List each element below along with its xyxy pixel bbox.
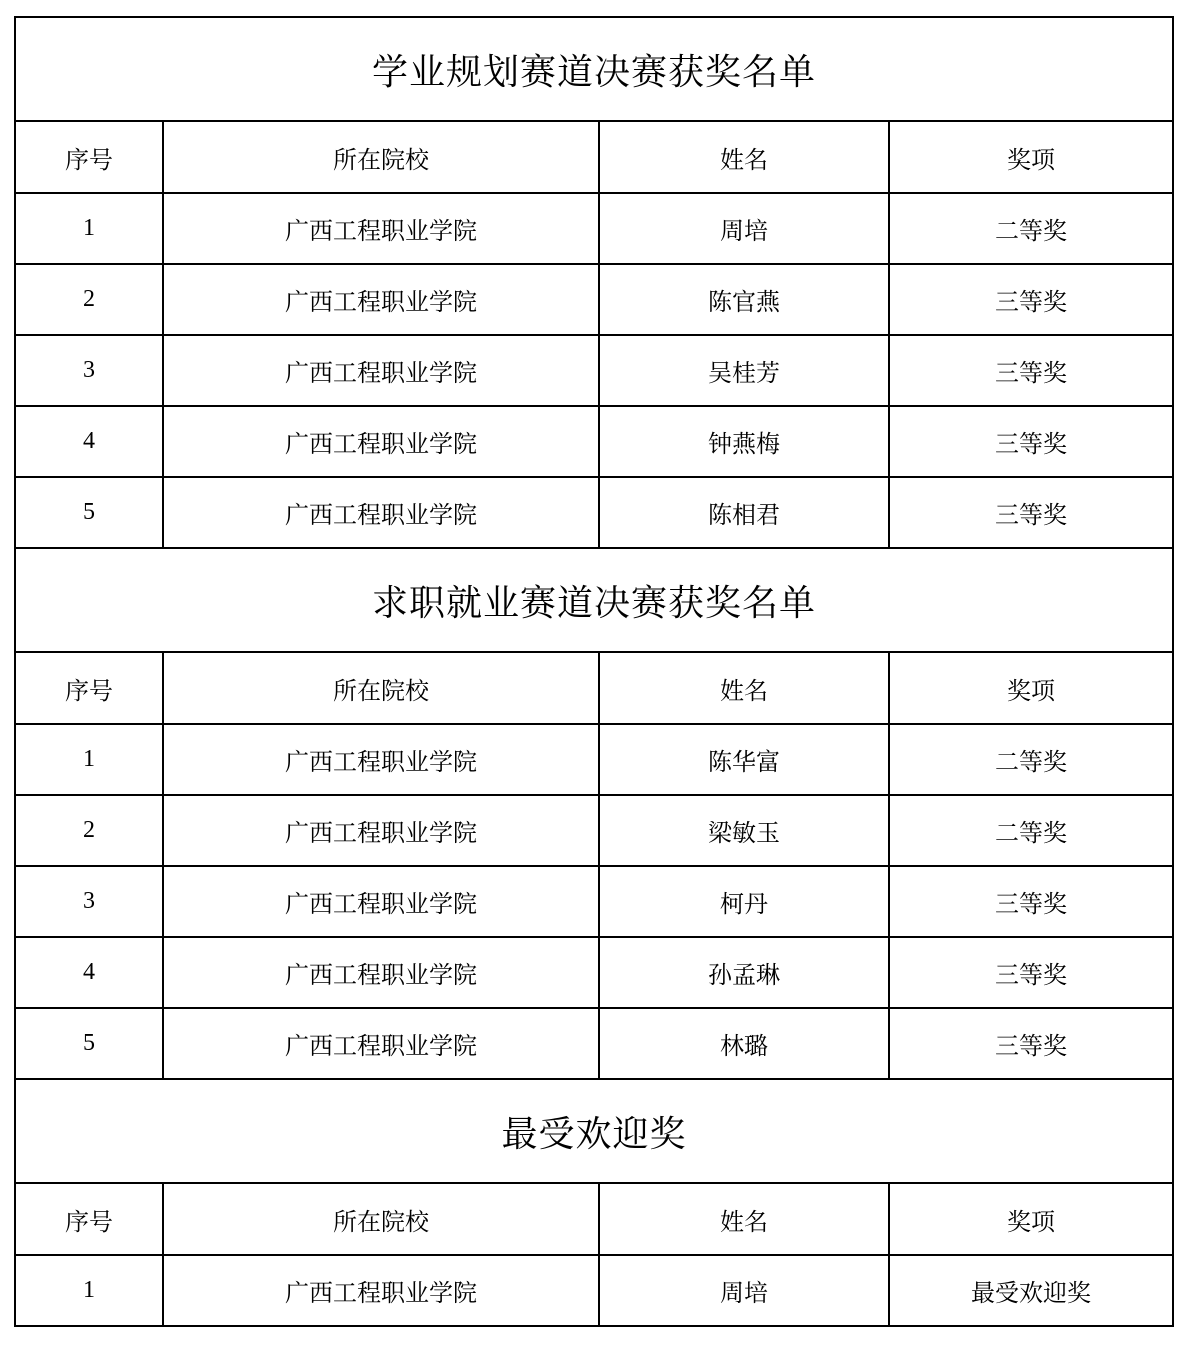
cell-school: 广西工程职业学院 — [163, 1008, 599, 1079]
table-row: 1 广西工程职业学院 周培 最受欢迎奖 — [15, 1255, 1173, 1326]
table-row: 2 广西工程职业学院 梁敏玉 二等奖 — [15, 795, 1173, 866]
table-row: 3 广西工程职业学院 柯丹 三等奖 — [15, 866, 1173, 937]
cell-name: 林璐 — [599, 1008, 889, 1079]
col-header-no: 序号 — [15, 121, 163, 193]
cell-name: 陈相君 — [599, 477, 889, 548]
cell-award: 二等奖 — [889, 193, 1173, 264]
table-row: 5 广西工程职业学院 林璐 三等奖 — [15, 1008, 1173, 1079]
section-3-title-row: 最受欢迎奖 — [15, 1079, 1173, 1183]
cell-no: 1 — [15, 724, 163, 795]
cell-award: 三等奖 — [889, 406, 1173, 477]
table-row: 4 广西工程职业学院 钟燕梅 三等奖 — [15, 406, 1173, 477]
cell-name: 陈华富 — [599, 724, 889, 795]
section-2-header-row: 序号 所在院校 姓名 奖项 — [15, 652, 1173, 724]
cell-school: 广西工程职业学院 — [163, 1255, 599, 1326]
col-header-school: 所在院校 — [163, 121, 599, 193]
cell-name: 柯丹 — [599, 866, 889, 937]
section-title: 学业规划赛道决赛获奖名单 — [15, 17, 1173, 121]
cell-no: 2 — [15, 264, 163, 335]
cell-award: 三等奖 — [889, 335, 1173, 406]
section-title: 求职就业赛道决赛获奖名单 — [15, 548, 1173, 652]
section-3-header-row: 序号 所在院校 姓名 奖项 — [15, 1183, 1173, 1255]
cell-school: 广西工程职业学院 — [163, 193, 599, 264]
col-header-school: 所在院校 — [163, 652, 599, 724]
col-header-no: 序号 — [15, 652, 163, 724]
table-row: 1 广西工程职业学院 陈华富 二等奖 — [15, 724, 1173, 795]
cell-no: 3 — [15, 866, 163, 937]
cell-name: 钟燕梅 — [599, 406, 889, 477]
cell-school: 广西工程职业学院 — [163, 866, 599, 937]
cell-name: 周培 — [599, 193, 889, 264]
section-2-title-row: 求职就业赛道决赛获奖名单 — [15, 548, 1173, 652]
cell-no: 3 — [15, 335, 163, 406]
col-header-name: 姓名 — [599, 121, 889, 193]
cell-no: 5 — [15, 1008, 163, 1079]
cell-name: 梁敏玉 — [599, 795, 889, 866]
col-header-no: 序号 — [15, 1183, 163, 1255]
cell-award: 二等奖 — [889, 795, 1173, 866]
cell-school: 广西工程职业学院 — [163, 724, 599, 795]
cell-school: 广西工程职业学院 — [163, 264, 599, 335]
cell-no: 1 — [15, 193, 163, 264]
cell-name: 吴桂芳 — [599, 335, 889, 406]
cell-school: 广西工程职业学院 — [163, 406, 599, 477]
section-1-header-row: 序号 所在院校 姓名 奖项 — [15, 121, 1173, 193]
cell-no: 1 — [15, 1255, 163, 1326]
cell-name: 孙孟琳 — [599, 937, 889, 1008]
col-header-award: 奖项 — [889, 652, 1173, 724]
cell-no: 5 — [15, 477, 163, 548]
cell-award: 三等奖 — [889, 866, 1173, 937]
section-title: 最受欢迎奖 — [15, 1079, 1173, 1183]
cell-name: 陈官燕 — [599, 264, 889, 335]
section-1-title-row: 学业规划赛道决赛获奖名单 — [15, 17, 1173, 121]
col-header-award: 奖项 — [889, 121, 1173, 193]
cell-school: 广西工程职业学院 — [163, 795, 599, 866]
table-row: 1 广西工程职业学院 周培 二等奖 — [15, 193, 1173, 264]
award-list-table: 学业规划赛道决赛获奖名单 序号 所在院校 姓名 奖项 1 广西工程职业学院 周培… — [14, 16, 1174, 1327]
cell-no: 4 — [15, 406, 163, 477]
cell-award: 三等奖 — [889, 264, 1173, 335]
table-row: 2 广西工程职业学院 陈官燕 三等奖 — [15, 264, 1173, 335]
cell-award: 三等奖 — [889, 1008, 1173, 1079]
col-header-name: 姓名 — [599, 652, 889, 724]
col-header-name: 姓名 — [599, 1183, 889, 1255]
cell-no: 4 — [15, 937, 163, 1008]
table-row: 3 广西工程职业学院 吴桂芳 三等奖 — [15, 335, 1173, 406]
cell-no: 2 — [15, 795, 163, 866]
cell-school: 广西工程职业学院 — [163, 937, 599, 1008]
col-header-school: 所在院校 — [163, 1183, 599, 1255]
col-header-award: 奖项 — [889, 1183, 1173, 1255]
cell-name: 周培 — [599, 1255, 889, 1326]
cell-award: 最受欢迎奖 — [889, 1255, 1173, 1326]
cell-school: 广西工程职业学院 — [163, 477, 599, 548]
cell-award: 三等奖 — [889, 937, 1173, 1008]
cell-award: 三等奖 — [889, 477, 1173, 548]
cell-award: 二等奖 — [889, 724, 1173, 795]
table-row: 5 广西工程职业学院 陈相君 三等奖 — [15, 477, 1173, 548]
table-row: 4 广西工程职业学院 孙孟琳 三等奖 — [15, 937, 1173, 1008]
cell-school: 广西工程职业学院 — [163, 335, 599, 406]
